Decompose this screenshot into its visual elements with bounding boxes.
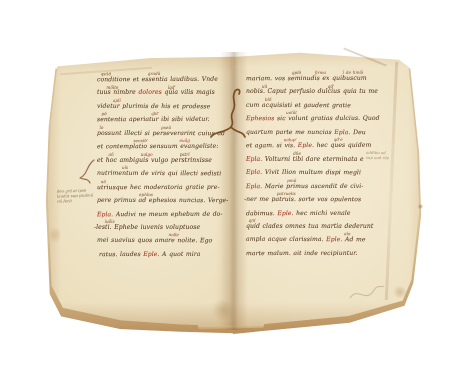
interlinear-gloss: pmũ: [287, 178, 296, 183]
text-line: conditione et essentia laudibus. Vndeqsi…: [97, 76, 218, 84]
ink-text: marte malum. ait inde recipiuntur.: [246, 250, 358, 257]
ink-text: -lesti. Ephebe iuvenis voluptuose: [94, 224, 200, 231]
left-margin-note: deo grã et ipselaudat sup psalmũnõ fecit: [57, 187, 94, 203]
ink-text: possunt illecti si perseverarint cuius a…: [97, 130, 225, 137]
text-line: sententia aperiatur ibi sibi videtur.põq…: [97, 116, 210, 123]
interlinear-gloss: qsitõ: [101, 71, 111, 76]
text-line: quartum parte me nuncias Epla. Deu: [246, 129, 366, 136]
text-line: nobis. Caput perfusio dulcius quia tu me…: [246, 88, 378, 95]
interlinear-gloss: qm': [249, 218, 257, 223]
text-line: et contemplatio sensuum evangeliste:sens…: [97, 143, 218, 151]
rubric-text: dolores: [138, 89, 164, 96]
interlinear-gloss: iuẽis: [105, 219, 115, 224]
manuscript-photo: conditione et essentia laudibus. Vndeqsi…: [0, 0, 468, 382]
text-line: cum acquisisti et gaudent gratieblñ: [246, 102, 351, 109]
text-line: dabimus. Eple. hec michi venale: [246, 209, 351, 216]
interlinear-gloss: dñe: [293, 151, 301, 156]
ink-text: cum acquisisti et gaudent gratie: [246, 102, 351, 109]
interlinear-gloss: ĩqd': [168, 85, 176, 90]
rubric-text: Epla.: [246, 169, 265, 176]
ink-text: ampla acque clarissima.: [246, 236, 326, 243]
ink-text: conditione et essentia laudibus. Vnde: [97, 76, 218, 84]
text-line: Epla. Marie primus ascendit de civi-pmũ: [246, 182, 363, 189]
rubric-text: Epla.: [246, 183, 265, 190]
interlinear-gloss: põ: [101, 112, 106, 117]
interlinear-gloss: blñ: [265, 97, 272, 102]
left-page-textblock: conditione et essentia laudibus. Vndeqsi…: [97, 76, 221, 276]
ink-text: mariam. vos seminudis ex quibuscum: [246, 75, 367, 83]
ink-text: tuus nimbre: [97, 89, 138, 96]
interlinear-gloss: euãg: [180, 138, 190, 143]
text-line: et hoc ambiguis vulgo perstrinxisseañuul…: [97, 157, 212, 164]
interlinear-gloss: uolũt: [286, 111, 297, 116]
ink-text: videtur plurimis de his et prodesse: [97, 103, 210, 110]
ink-text: Marie primus ascendit de civi-: [265, 182, 364, 189]
interlinear-gloss: uolup': [284, 138, 297, 143]
text-line: marte malum. ait inde recipiuntur.: [246, 250, 358, 257]
interlinear-gloss: qd': [328, 84, 335, 89]
right-margin-note: additio adsup ead rõe: [366, 150, 389, 160]
text-line: Ephesios sic volunt gratias dulcius. Quo…: [246, 115, 380, 122]
ink-text: quid clades omnes tua martia dederunt: [246, 223, 373, 230]
rubric-text: Ephesios: [246, 115, 277, 122]
ink-text: A quot mira: [162, 251, 200, 258]
interlinear-gloss: qlit': [151, 112, 159, 117]
text-line: et agam. si vis. Eple. hec ques quidemuo…: [246, 142, 371, 150]
ink-text: quartum parte me nuncias: [246, 129, 334, 136]
text-line: mei suavius quos amare nolite. Egonolĩe: [97, 237, 212, 244]
ink-text: quia vilis magis: [164, 89, 214, 96]
text-line: mariam. vos seminudis ex quibuscumgplõfi…: [246, 75, 367, 83]
text-line: videtur plurimis de his et prodesseaplĩ: [97, 103, 210, 110]
rubric-text: Eple.: [298, 142, 314, 149]
interlinear-gloss: firma: [315, 70, 326, 75]
interlinear-gloss: mõite: [106, 85, 118, 90]
ink-text: nobis. Caput perfusio dulcius quia tu me: [246, 88, 378, 95]
rubric-text: Eple.: [277, 210, 296, 217]
text-line: -ner me patruis. sorte vos opulentospatr…: [244, 196, 361, 203]
interlinear-gloss: uulgo: [141, 152, 153, 157]
margin-note-line: sup ead rõe: [366, 155, 389, 160]
text-line: Epla. Volturni tibi dare eterminata edñe: [246, 156, 364, 163]
ink-text: nutrimentum de viris qui illecti sedisti: [97, 170, 221, 178]
ink-text: sic volunt gratias dulcius. Quod: [277, 115, 380, 122]
interlinear-gloss: aplĩ: [113, 98, 121, 103]
text-line: pere primus ad ephesios nuncias. Verge-e…: [97, 197, 228, 204]
ink-text: Volturni tibi dare eterminata e: [265, 156, 364, 163]
interlinear-gloss: añ: [108, 152, 113, 157]
ink-text: hec ques quidem: [314, 142, 371, 149]
ink-text: Audivi ne meum ephebum de do-: [116, 210, 223, 217]
interlinear-gloss: qd'e: [334, 137, 343, 142]
rubric-text: Epla.: [334, 129, 350, 136]
text-line: ampla acque clarissima. Eple. Ad meaĩo: [246, 236, 366, 244]
ink-text: mei suavius quos amare nolite. Ego: [97, 237, 212, 244]
ink-text: Deu: [351, 129, 366, 136]
interlinear-gloss: aĩo: [344, 232, 350, 237]
interlinear-gloss: ĩo: [100, 125, 104, 130]
text-line: utriusque hec moderatoria gratie pre-nõ: [97, 183, 220, 190]
text-line: -lesti. Ephebe iuvenis voluptuoseiuẽis: [94, 224, 200, 231]
interlinear-gloss: sensib': [133, 138, 148, 143]
interlinear-gloss: nolĩe: [168, 233, 178, 238]
right-page-textblock: mariam. vos seminudis ex quibuscumgplõfi…: [246, 75, 370, 275]
ink-text: et agam. si vis.: [246, 142, 298, 149]
interlinear-gloss: pseũ: [161, 125, 171, 130]
ink-text: pere primus ad ephesios nuncias. Verge-: [97, 197, 228, 204]
text-line: ratus. laudes Eple. A quot mira: [99, 251, 201, 258]
rubric-text: Epla.: [246, 156, 265, 163]
text-line: nutrimentum de viris qui illecti sedisti…: [97, 170, 221, 178]
text-line: tuus nimbre dolores quia vilis magismõit…: [97, 89, 215, 96]
ink-text: hec michi venale: [296, 209, 350, 216]
interlinear-gloss: pstrĩ: [180, 152, 190, 157]
text-line: possunt illecti si perseverarint cuius a…: [97, 130, 225, 137]
ink-text: utriusque hec moderatoria gratie pre-: [97, 183, 220, 190]
ink-text: dabimus.: [246, 210, 277, 217]
text-line: Epla. Audivi ne meum ephebum de do-: [97, 210, 223, 218]
text-line: Epla. Vivit Ilion multum dispi megli: [246, 169, 361, 176]
interlinear-gloss: gradũ: [148, 71, 161, 76]
ink-text: et contemplatio sensuum evangeliste:: [97, 143, 218, 151]
interlinear-gloss: patruelis: [277, 191, 296, 196]
ink-text: sententia aperiatur ibi sibi videtur.: [97, 116, 210, 123]
ink-text: et hoc ambiguis vulgo perstrinxisse: [97, 157, 212, 164]
interlinear-gloss: gplõ: [292, 70, 301, 75]
text-line: quid clades omnes tua martia dederuntqm': [246, 223, 373, 230]
rubric-text: Epla.: [97, 211, 116, 218]
interlinear-gloss: ĩ de hmõi: [343, 70, 364, 75]
interlinear-gloss: nõ: [101, 179, 106, 184]
ink-text: Ad me: [345, 237, 366, 244]
interlinear-gloss: uñ: [262, 84, 267, 89]
interlinear-gloss: uĩs: [122, 165, 128, 170]
ink-text: Vivit Ilion multum dispi megli: [265, 169, 361, 176]
interlinear-gloss: ephĩos: [139, 192, 153, 197]
ink-text: -ner me patruis. sorte vos opulentos: [244, 196, 361, 203]
ink-text: ratus. laudes: [99, 251, 143, 258]
rubric-text: Eple.: [326, 236, 345, 243]
rubric-text: Eple.: [143, 251, 162, 258]
